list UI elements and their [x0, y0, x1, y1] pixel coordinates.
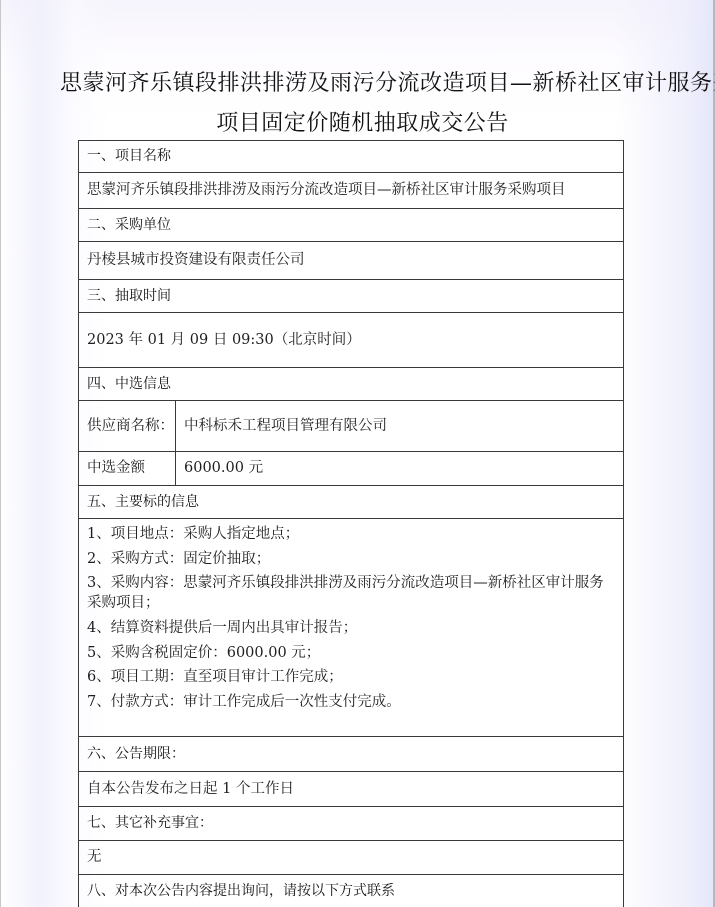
section-heading-row: 五、主要标的信息	[79, 486, 624, 519]
document-title-line-2: 项目固定价随机抽取成交公告	[60, 106, 665, 137]
section-heading-row: 三、抽取时间	[79, 280, 624, 313]
section-heading-row: 六、公告期限：	[79, 737, 624, 772]
main-info-item: 4、结算资料提供后一周内出具审计报告；	[87, 619, 623, 639]
section-heading-row: 四、中选信息	[79, 368, 624, 401]
section-project-name-heading: 一、项目名称	[79, 141, 624, 173]
document-title-line-1: 思蒙河齐乐镇段排洪排涝及雨污分流改造项目—新桥社区审计服务采购	[60, 66, 665, 97]
selection-info-row: 供应商名称： 中科标禾工程项目管理有限公司	[79, 401, 624, 452]
winning-amount-value: 6000.00 元	[176, 452, 624, 486]
main-info-item: 3、采购内容：思蒙河齐乐镇段排洪排涝及雨污分流改造项目—新桥社区审计服务采购项目…	[87, 574, 623, 613]
main-info-item: 1、项目地点：采购人指定地点；	[87, 525, 623, 545]
section-inquiry-heading: 八、对本次公告内容提出询问，请按以下方式联系	[79, 875, 624, 907]
supplier-name-label: 供应商名称：	[79, 401, 176, 452]
section-notice-period-heading: 六、公告期限：	[79, 737, 624, 772]
main-info-list: 1、项目地点：采购人指定地点； 2、采购方式：固定价抽取； 3、采购内容：思蒙河…	[79, 519, 624, 737]
page-edge-left	[0, 0, 1, 907]
section-heading-row: 七、其它补充事宜：	[79, 807, 624, 841]
supplier-name-value: 中科标禾工程项目管理有限公司	[176, 401, 624, 452]
other-matters-value: 无	[79, 841, 624, 875]
section-value-row: 无	[79, 841, 624, 875]
project-name-value: 思蒙河齐乐镇段排洪排涝及雨污分流改造项目—新桥社区审计服务采购项目	[79, 173, 624, 209]
draw-time-value: 2023 年 01 月 09 日 09:30（北京时间）	[79, 313, 624, 368]
main-info-item: 5、采购含税固定价：6000.00 元；	[87, 644, 623, 664]
section-heading-row: 八、对本次公告内容提出询问，请按以下方式联系	[79, 875, 624, 907]
section-value-row: 2023 年 01 月 09 日 09:30（北京时间）	[79, 313, 624, 368]
selection-info-row: 中选金额 6000.00 元	[79, 452, 624, 486]
section-value-row: 思蒙河齐乐镇段排洪排涝及雨污分流改造项目—新桥社区审计服务采购项目	[79, 173, 624, 209]
main-info-list-row: 1、项目地点：采购人指定地点； 2、采购方式：固定价抽取； 3、采购内容：思蒙河…	[79, 519, 624, 737]
section-other-matters-heading: 七、其它补充事宜：	[79, 807, 624, 841]
main-info-item: 2、采购方式：固定价抽取；	[87, 550, 623, 570]
notice-period-value: 自本公告发布之日起 1 个工作日	[79, 772, 624, 807]
section-value-row: 自本公告发布之日起 1 个工作日	[79, 772, 624, 807]
main-info-item: 7、付款方式：审计工作完成后一次性支付完成。	[87, 693, 623, 713]
winning-amount-label: 中选金额	[79, 452, 176, 486]
section-purchaser-heading: 二、采购单位	[79, 209, 624, 242]
section-draw-time-heading: 三、抽取时间	[79, 280, 624, 313]
purchaser-value: 丹棱县城市投资建设有限责任公司	[79, 242, 624, 280]
section-heading-row: 二、采购单位	[79, 209, 624, 242]
section-main-info-heading: 五、主要标的信息	[79, 486, 624, 519]
main-info-item: 6、项目工期：直至项目审计工作完成；	[87, 668, 623, 688]
section-value-row: 丹棱县城市投资建设有限责任公司	[79, 242, 624, 280]
section-heading-row: 一、项目名称	[79, 141, 624, 173]
announcement-table: 一、项目名称 思蒙河齐乐镇段排洪排涝及雨污分流改造项目—新桥社区审计服务采购项目…	[78, 140, 624, 907]
section-selection-info-heading: 四、中选信息	[79, 368, 624, 401]
